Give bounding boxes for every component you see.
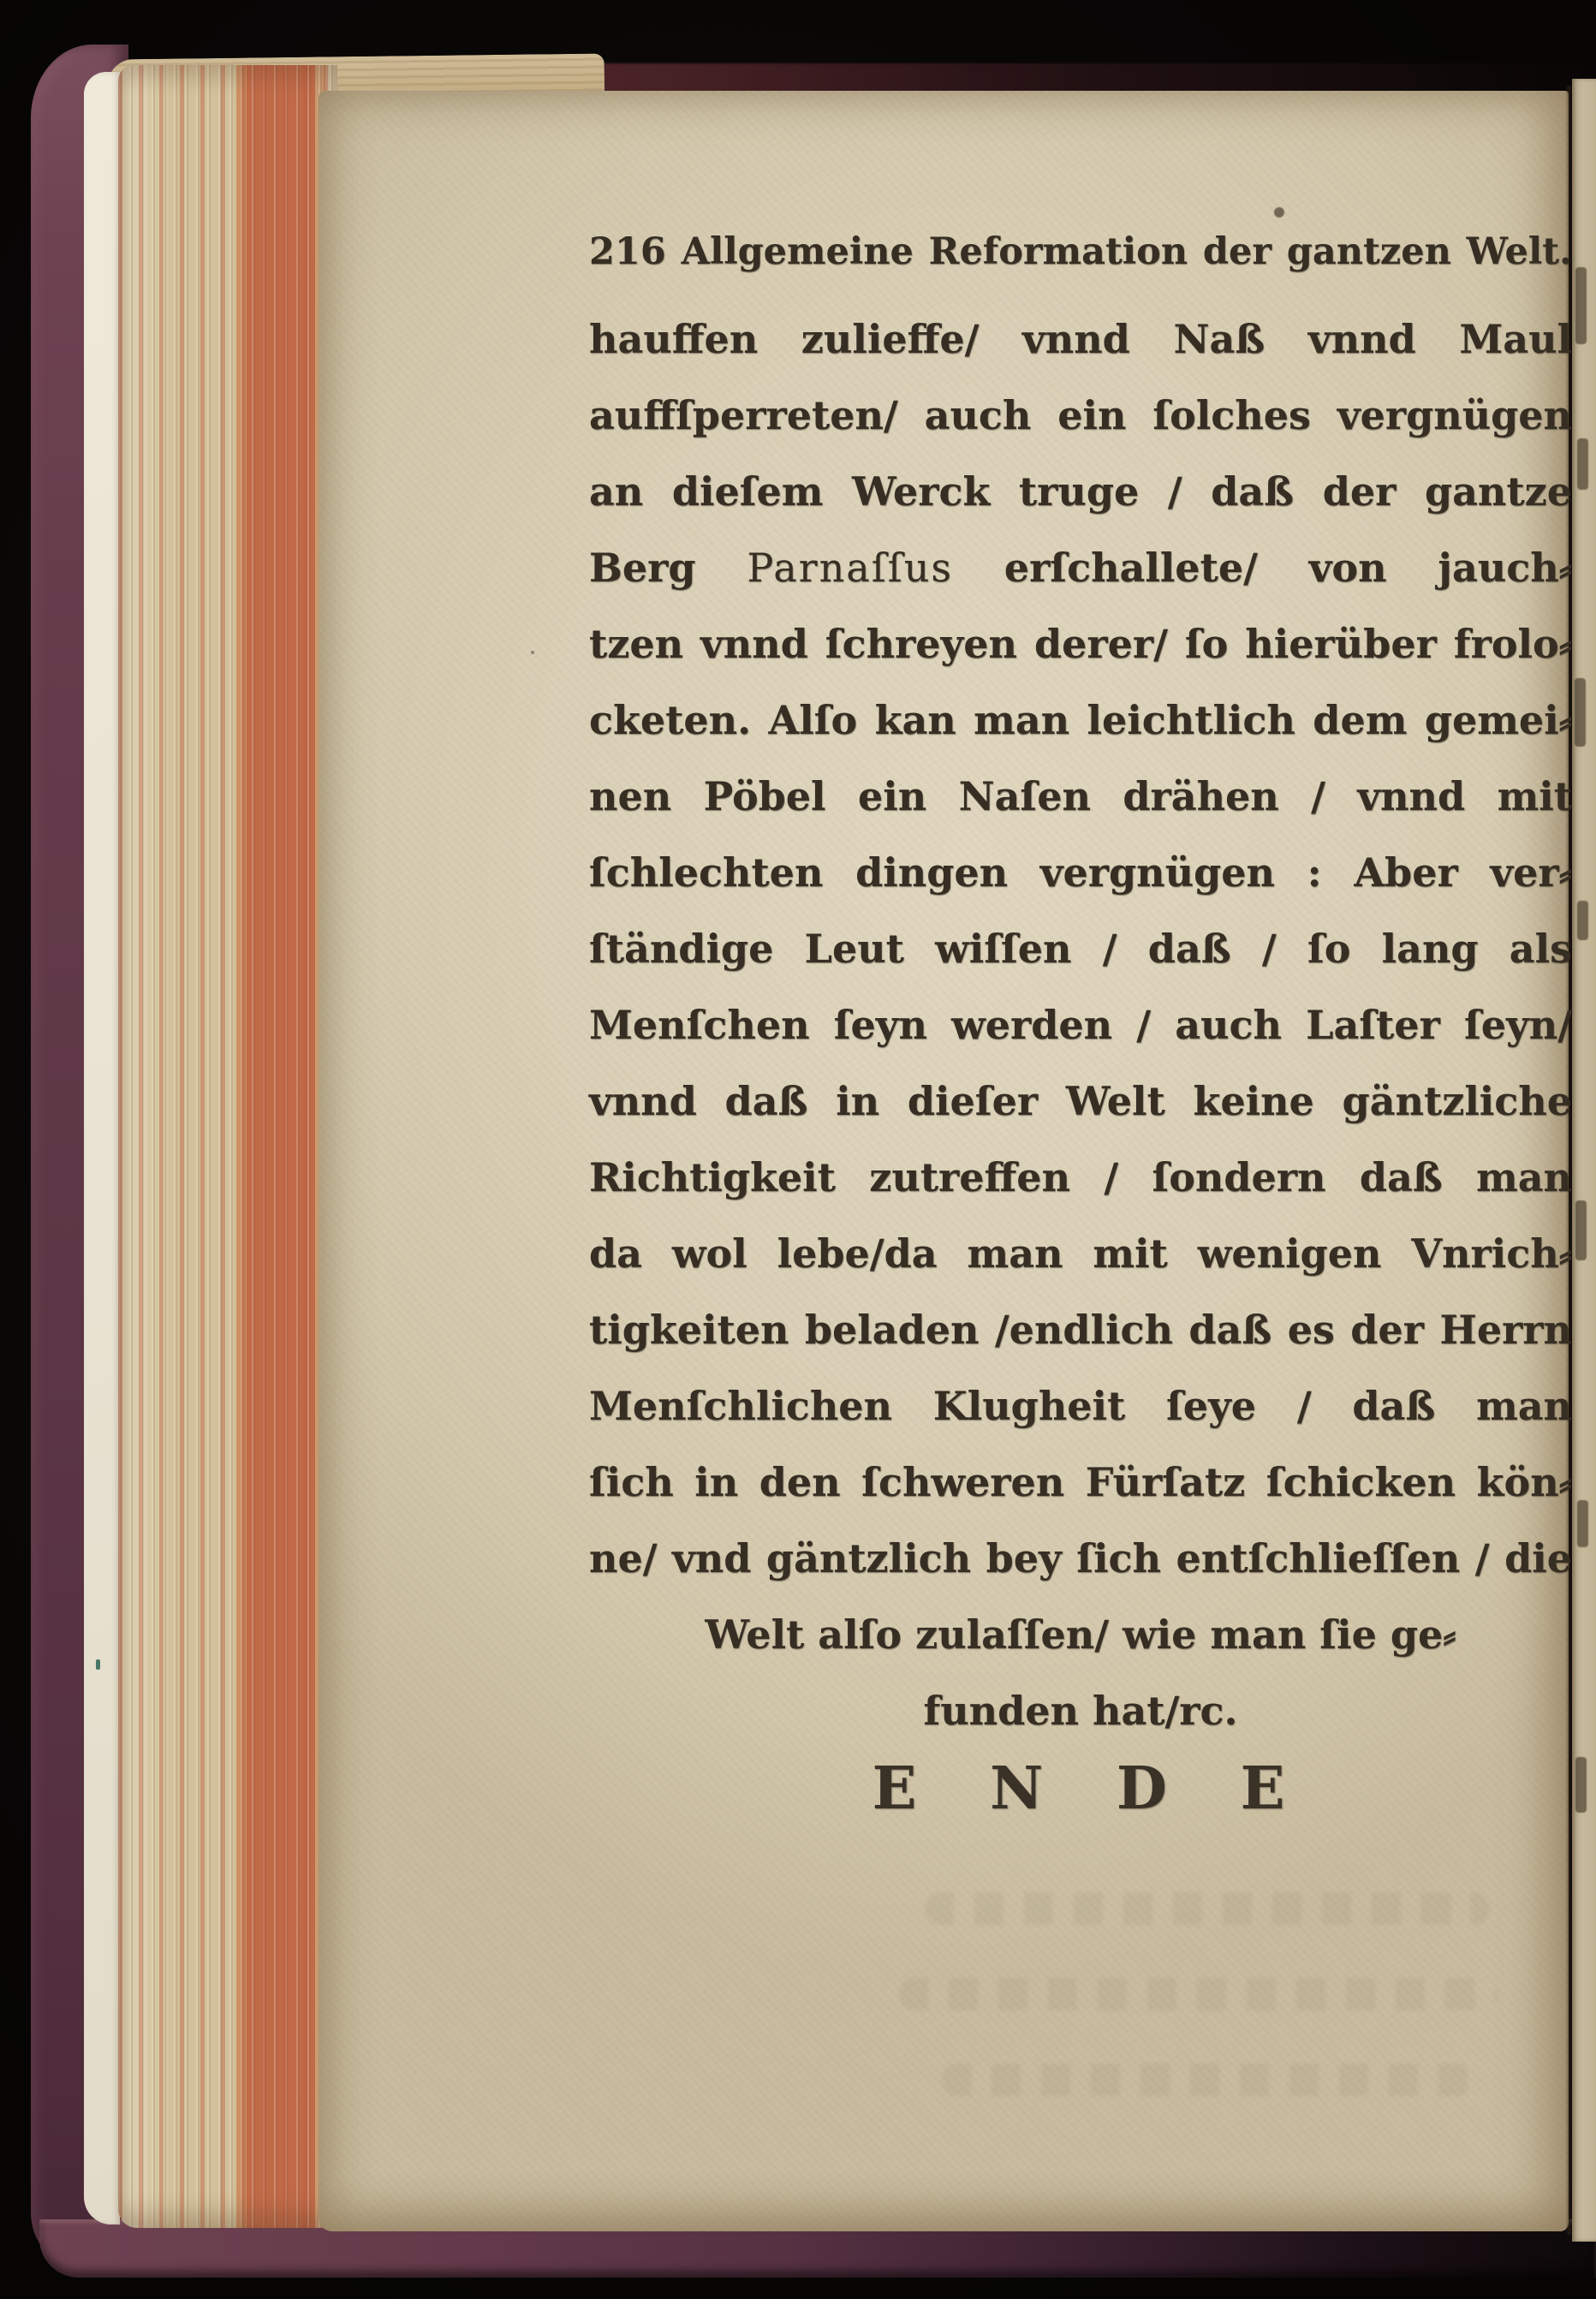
text-block: 216 Allgemeine Reformation der gantzen W… xyxy=(589,212,1572,1823)
show-through-ink-mark xyxy=(1575,1757,1587,1813)
text-line: tzen vnnd ſchreyen derer/ ſo hierüber fr… xyxy=(589,606,1572,682)
fraktur-text: Menſchen ſeyn werden / auch Laſter ſeyn/ xyxy=(589,1002,1572,1048)
text-line: vnnd daß in dieſer Welt keine gäntzliche xyxy=(589,1063,1572,1140)
fraktur-text: Richtigkeit zutreffen / ſondern daß man xyxy=(589,1154,1572,1200)
dust-speck xyxy=(96,1659,100,1670)
page-number: 216 xyxy=(589,230,666,273)
text-line: ſich in den ſchweren Fürſatz ſchicken kö… xyxy=(589,1444,1572,1521)
show-through-ghost-line xyxy=(899,1978,1498,2010)
fraktur-text: nen Pöbel ein Naſen drähen / vnnd mit xyxy=(589,773,1572,819)
fraktur-text: ſchlechten dingen vergnügen : Aber ver⸗ xyxy=(589,849,1572,896)
fraktur-text: ſtändige Leut wiſſen / daß / ſo lang als xyxy=(589,926,1572,972)
fraktur-text: erſchallete/ von jauch⸗ xyxy=(953,545,1572,591)
show-through-ink-mark xyxy=(1575,678,1586,747)
show-through-ink-mark xyxy=(1575,1200,1587,1260)
text-line: nen Pöbel ein Naſen drähen / vnnd mit xyxy=(589,759,1572,835)
fraktur-text: funden hat/rc. xyxy=(923,1688,1237,1734)
fraktur-text: cketen. Alſo kan man leichtlich dem geme… xyxy=(589,697,1572,743)
fraktur-text: ſich in den ſchweren Fürſatz ſchicken kö… xyxy=(589,1459,1572,1505)
text-line: funden hat/rc. xyxy=(589,1673,1572,1749)
text-line: Welt alſo zulaſſen/ wie man ſie ge⸗ xyxy=(589,1597,1572,1673)
running-title: Allgemeine Reformation der gantzen Welt. xyxy=(682,230,1572,273)
text-line: da wol lebe/da man mit wenigen Vnrich⸗ xyxy=(589,1216,1572,1292)
show-through-ink-mark xyxy=(1575,267,1587,344)
show-through-ghost-line xyxy=(942,2064,1473,2096)
text-line: Berg Parnaſſus erſchallete/ von jauch⸗ xyxy=(589,530,1572,606)
fraktur-text: an dieſem Werck truge / daß der gantze xyxy=(589,468,1572,515)
facing-leaf-sliver xyxy=(1572,79,1596,2242)
show-through-ink-mark xyxy=(1577,1500,1588,1547)
running-header: 216 Allgemeine Reformation der gantzen W… xyxy=(589,212,1572,291)
fraktur-text: ne/ vnd gäntzlich bey ſich entſchlieſſen… xyxy=(589,1535,1572,1581)
text-line: tigkeiten beladen /endlich daß es der He… xyxy=(589,1292,1572,1368)
text-line: an dieſem Werck truge / daß der gantze xyxy=(589,454,1572,530)
fore-edge-page-stack xyxy=(118,65,337,2228)
text-line: Richtigkeit zutreffen / ſondern daß man xyxy=(589,1140,1572,1216)
show-through-ink-mark xyxy=(1577,438,1588,490)
antiqua-word: Parnaſſus xyxy=(747,545,953,591)
show-through-ink-mark xyxy=(1577,901,1588,940)
text-line: ne/ vnd gäntzlich bey ſich entſchlieſſen… xyxy=(589,1521,1572,1597)
text-line: hauffen zulieffe/ vnnd Naß vnnd Maul xyxy=(589,301,1572,378)
text-line: Menſchlichen Klugheit ſeye / daß man xyxy=(589,1368,1572,1444)
colophon-ende: E N D E xyxy=(589,1754,1572,1823)
text-line: auffſperreten/ auch ein ſolches vergnüge… xyxy=(589,378,1572,454)
fraktur-text: da wol lebe/da man mit wenigen Vnrich⸗ xyxy=(589,1230,1572,1277)
dust-speck xyxy=(531,651,534,654)
flyleaf-edge xyxy=(84,72,120,2225)
show-through-ghost-line xyxy=(925,1892,1490,1925)
text-line: ſtändige Leut wiſſen / daß / ſo lang als xyxy=(589,911,1572,987)
fraktur-text: hauffen zulieffe/ vnnd Naß vnnd Maul xyxy=(589,316,1572,362)
fraktur-text: Berg xyxy=(589,545,747,591)
fraktur-text: vnnd daß in dieſer Welt keine gäntzliche xyxy=(589,1078,1572,1124)
text-line: ſchlechten dingen vergnügen : Aber ver⸗ xyxy=(589,835,1572,911)
fraktur-text: tigkeiten beladen /endlich daß es der He… xyxy=(589,1307,1572,1353)
body-lines: hauffen zulieffe/ vnnd Naß vnnd Maulauff… xyxy=(589,301,1572,1749)
fraktur-text: tzen vnnd ſchreyen derer/ ſo hierüber fr… xyxy=(589,621,1572,667)
fraktur-text: Welt alſo zulaſſen/ wie man ſie ge⸗ xyxy=(705,1611,1456,1658)
book-photograph: 216 Allgemeine Reformation der gantzen W… xyxy=(0,0,1596,2299)
fraktur-text: auffſperreten/ auch ein ſolches vergnüge… xyxy=(589,392,1572,438)
text-line: Menſchen ſeyn werden / auch Laſter ſeyn/ xyxy=(589,987,1572,1063)
text-line: cketen. Alſo kan man leichtlich dem geme… xyxy=(589,682,1572,759)
fraktur-text: Menſchlichen Klugheit ſeye / daß man xyxy=(589,1383,1572,1429)
